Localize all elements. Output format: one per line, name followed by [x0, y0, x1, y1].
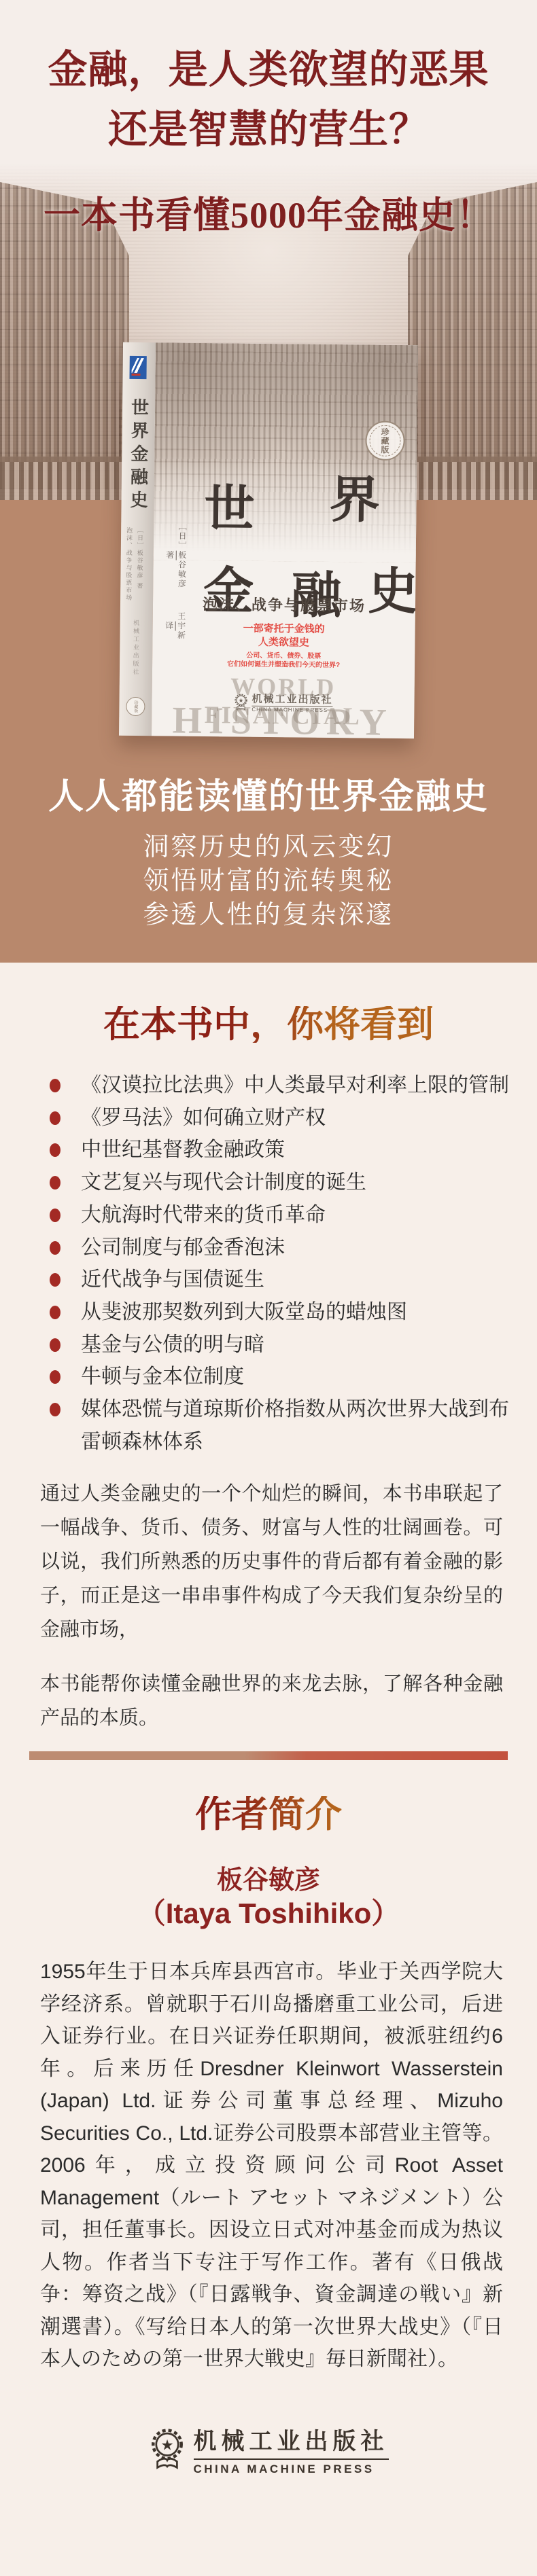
contents-heading: 在本书中，你将看到: [0, 1006, 537, 1043]
author-name-en: （Itaya Toshihiko）: [0, 1897, 537, 1931]
cover-author-credit: ［日］板谷敏彦 著: [164, 522, 188, 588]
publisher-name-en: CHINA MACHINE PRESS: [194, 2463, 389, 2476]
list-item: 《汉谟拉比法典》中人类最早对利率上限的管制: [0, 1069, 537, 1102]
cover-publisher-text: 机械工业出版社 CHINA MACHINE PRESS: [252, 692, 332, 713]
book-front-cover: 珍藏版 世 界 金 融 史 泡沫、战争与股票市场 ［日］板谷敏彦 著 王宇新 译…: [152, 342, 418, 738]
list-item: 媒体恐慌与道琼斯价格指数从两次世界大战到布雷顿森林体系: [0, 1393, 537, 1458]
author-section-heading: 作者简介: [0, 1796, 537, 1833]
publisher-footer-logo: ★ 机械工业出版社 CHINA MACHINE PRESS: [0, 2422, 537, 2476]
spine-publisher: 机械工业出版社: [131, 620, 141, 677]
author-name-cn: 板谷敏彦: [0, 1866, 537, 1895]
list-item: 近代战争与国债诞生: [0, 1264, 537, 1296]
spine-subtitle: 泡沫、战争与股票市场: [124, 527, 134, 602]
list-item: 公司制度与郁金香泡沫: [0, 1232, 537, 1264]
bullet-icon: [50, 1143, 60, 1157]
cover-title-char: 界: [329, 476, 380, 526]
headline-line1: 金融，是人类欲望的恶果: [0, 49, 537, 91]
publisher-name-cn: 机械工业出版社: [194, 2422, 389, 2460]
bullet-icon: [50, 1079, 60, 1092]
publisher-gear-icon: ★: [149, 2427, 186, 2471]
spine-author: ［日］板谷敏彦 著: [135, 527, 145, 602]
banner-subtitle-line: 领悟财富的流转奥秘: [0, 864, 537, 898]
spine-collector-badge: 珍藏版: [126, 697, 145, 716]
book-cover-mockup: 世界金融史 泡沫、战争与股票市场 ［日］板谷敏彦 著 机械工业出版社 珍藏版 珍…: [119, 342, 418, 739]
bullet-icon: [50, 1403, 60, 1416]
list-item: 牛顿与金本位制度: [0, 1361, 537, 1393]
cover-subtitle: 泡沫、战争与股票市场: [153, 592, 415, 616]
bullet-icon: [50, 1176, 60, 1189]
banner-subtitle-line: 参透人性的复杂深邃: [0, 898, 537, 932]
publisher-footer-text: 机械工业出版社 CHINA MACHINE PRESS: [194, 2422, 389, 2476]
banner-subtitle-lines: 洞察历史的风云变幻领悟财富的流转奥秘参透人性的复杂深邃: [0, 830, 537, 932]
credit-divider: [176, 551, 177, 560]
spine-title: 世界金融史: [125, 398, 152, 514]
bullet-icon: [50, 1273, 60, 1287]
cover-tagline-4: 它们如何诞生并塑造我们今天的世界?: [152, 657, 415, 670]
collector-edition-badge: 珍藏版: [365, 421, 405, 461]
section-divider: [29, 1751, 508, 1760]
book-promo-page: 金融，是人类欲望的恶果 还是智慧的营生？ 一本书看懂5000年金融史！ 人人都能…: [0, 0, 537, 2576]
svg-text:★: ★: [239, 696, 244, 703]
bullet-icon: [50, 1338, 60, 1352]
headline-line3: 一本书看懂5000年金融史！: [0, 196, 537, 235]
publisher-gear-icon: ★: [233, 693, 248, 711]
intro-paragraph-2: 本书能帮你读懂金融世界的来龙去脉，了解各种金融产品的本质。: [40, 1667, 503, 1735]
author-bio: 1955年生于日本兵库县西宫市。毕业于关西学院大学经济系。曾就职于石川岛播磨重工…: [40, 1956, 503, 2376]
bullet-icon: [50, 1209, 60, 1222]
bullet-icon: [50, 1370, 60, 1384]
spine-credits: 泡沫、战争与股票市场 ［日］板谷敏彦 著: [124, 527, 145, 602]
cover-tagline-2: 人类欲望史: [152, 633, 415, 650]
list-item: 从斐波那契数列到大阪堂岛的蜡烛图: [0, 1296, 537, 1329]
cover-title-char: 世: [204, 484, 255, 535]
svg-text:★: ★: [160, 2436, 173, 2453]
list-item: 中世纪基督教金融政策: [0, 1134, 537, 1166]
bullet-icon: [50, 1111, 60, 1125]
intro-paragraph-1: 通过人类金融史的一个个灿烂的瞬间，本书串联起了一幅战争、货币、债务、财富与人性的…: [40, 1477, 503, 1647]
book-spine: 世界金融史 泡沫、战争与股票市场 ［日］板谷敏彦 著 机械工业出版社 珍藏版: [119, 342, 156, 736]
list-item: 大航海时代带来的货币革命: [0, 1199, 537, 1232]
cmp-spine-logo-icon: [129, 356, 146, 379]
list-item: 文艺复兴与现代会计制度的诞生: [0, 1166, 537, 1199]
banner-title: 人人都能读懂的世界金融史: [0, 778, 537, 817]
bullet-icon: [50, 1241, 60, 1255]
body-section: 在本书中，你将看到 《汉谟拉比法典》中人类最早对利率上限的管制 《罗马法》如何确…: [0, 963, 537, 2576]
contents-list: 《汉谟拉比法典》中人类最早对利率上限的管制 《罗马法》如何确立财产权 中世纪基督…: [0, 1069, 537, 1458]
banner-subtitle-line: 洞察历史的风云变幻: [0, 830, 537, 864]
bullet-icon: [50, 1306, 60, 1319]
collector-edition-badge-label: 珍藏版: [379, 427, 391, 454]
cover-publisher-logo: ★ 机械工业出版社 CHINA MACHINE PRESS: [152, 690, 414, 714]
list-item: 《罗马法》如何确立财产权: [0, 1102, 537, 1134]
list-item: 基金与公债的明与暗: [0, 1329, 537, 1361]
hero-headline-section: 金融，是人类欲望的恶果 还是智慧的营生？: [0, 0, 537, 163]
headline-line2: 还是智慧的营生？: [0, 109, 537, 151]
